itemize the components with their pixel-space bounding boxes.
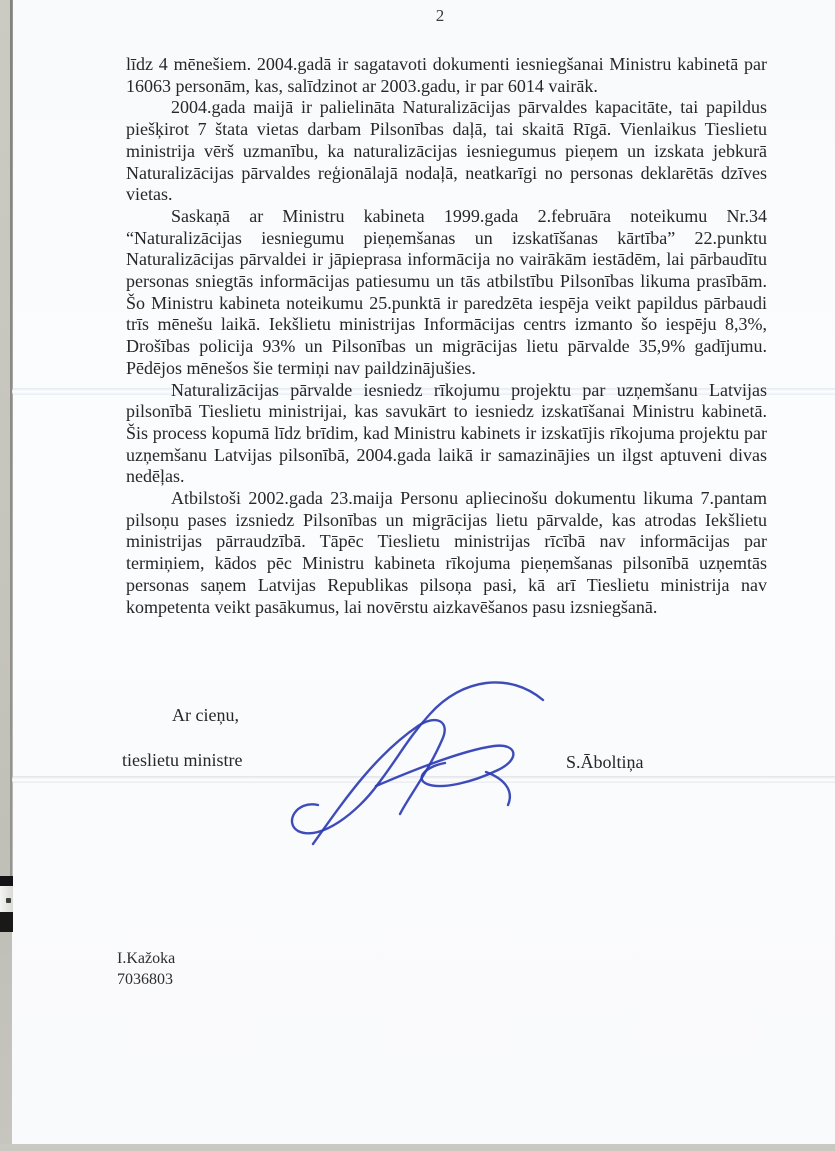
signer-name: S.Āboltiņa (566, 752, 644, 773)
page-number: 2 (0, 6, 835, 26)
closing-salutation: Ar cieņu, (172, 705, 239, 726)
scan-artifact-mark (0, 912, 13, 932)
page-edge-shadow (10, 0, 13, 880)
paragraph: līdz 4 mēnešiem. 2004.gadā ir sagatavoti… (126, 54, 767, 97)
contact-phone: 7036803 (117, 969, 175, 990)
scanned-letter-page: 2 līdz 4 mēnešiem. 2004.gadā ir sagatavo… (0, 0, 835, 1151)
scan-artifact-mark (0, 876, 13, 886)
handwritten-signature (258, 672, 550, 860)
paragraph: 2004.gada maijā ir palielināta Naturaliz… (126, 97, 767, 206)
paragraph: Naturalizācijas pārvalde iesniedz rīkoju… (126, 380, 767, 489)
contact-block: I.Kažoka 7036803 (117, 948, 175, 990)
scan-bottom-strip (0, 1144, 835, 1151)
letter-body: līdz 4 mēnešiem. 2004.gadā ir sagatavoti… (126, 54, 767, 618)
signer-title: tieslietu ministre (122, 750, 242, 771)
paragraph: Saskaņā ar Ministru kabineta 1999.gada 2… (126, 206, 767, 380)
paragraph: Atbilstoši 2002.gada 23.maija Personu ap… (126, 488, 767, 618)
scan-artifact-mark (6, 898, 11, 903)
contact-name: I.Kažoka (117, 948, 175, 969)
